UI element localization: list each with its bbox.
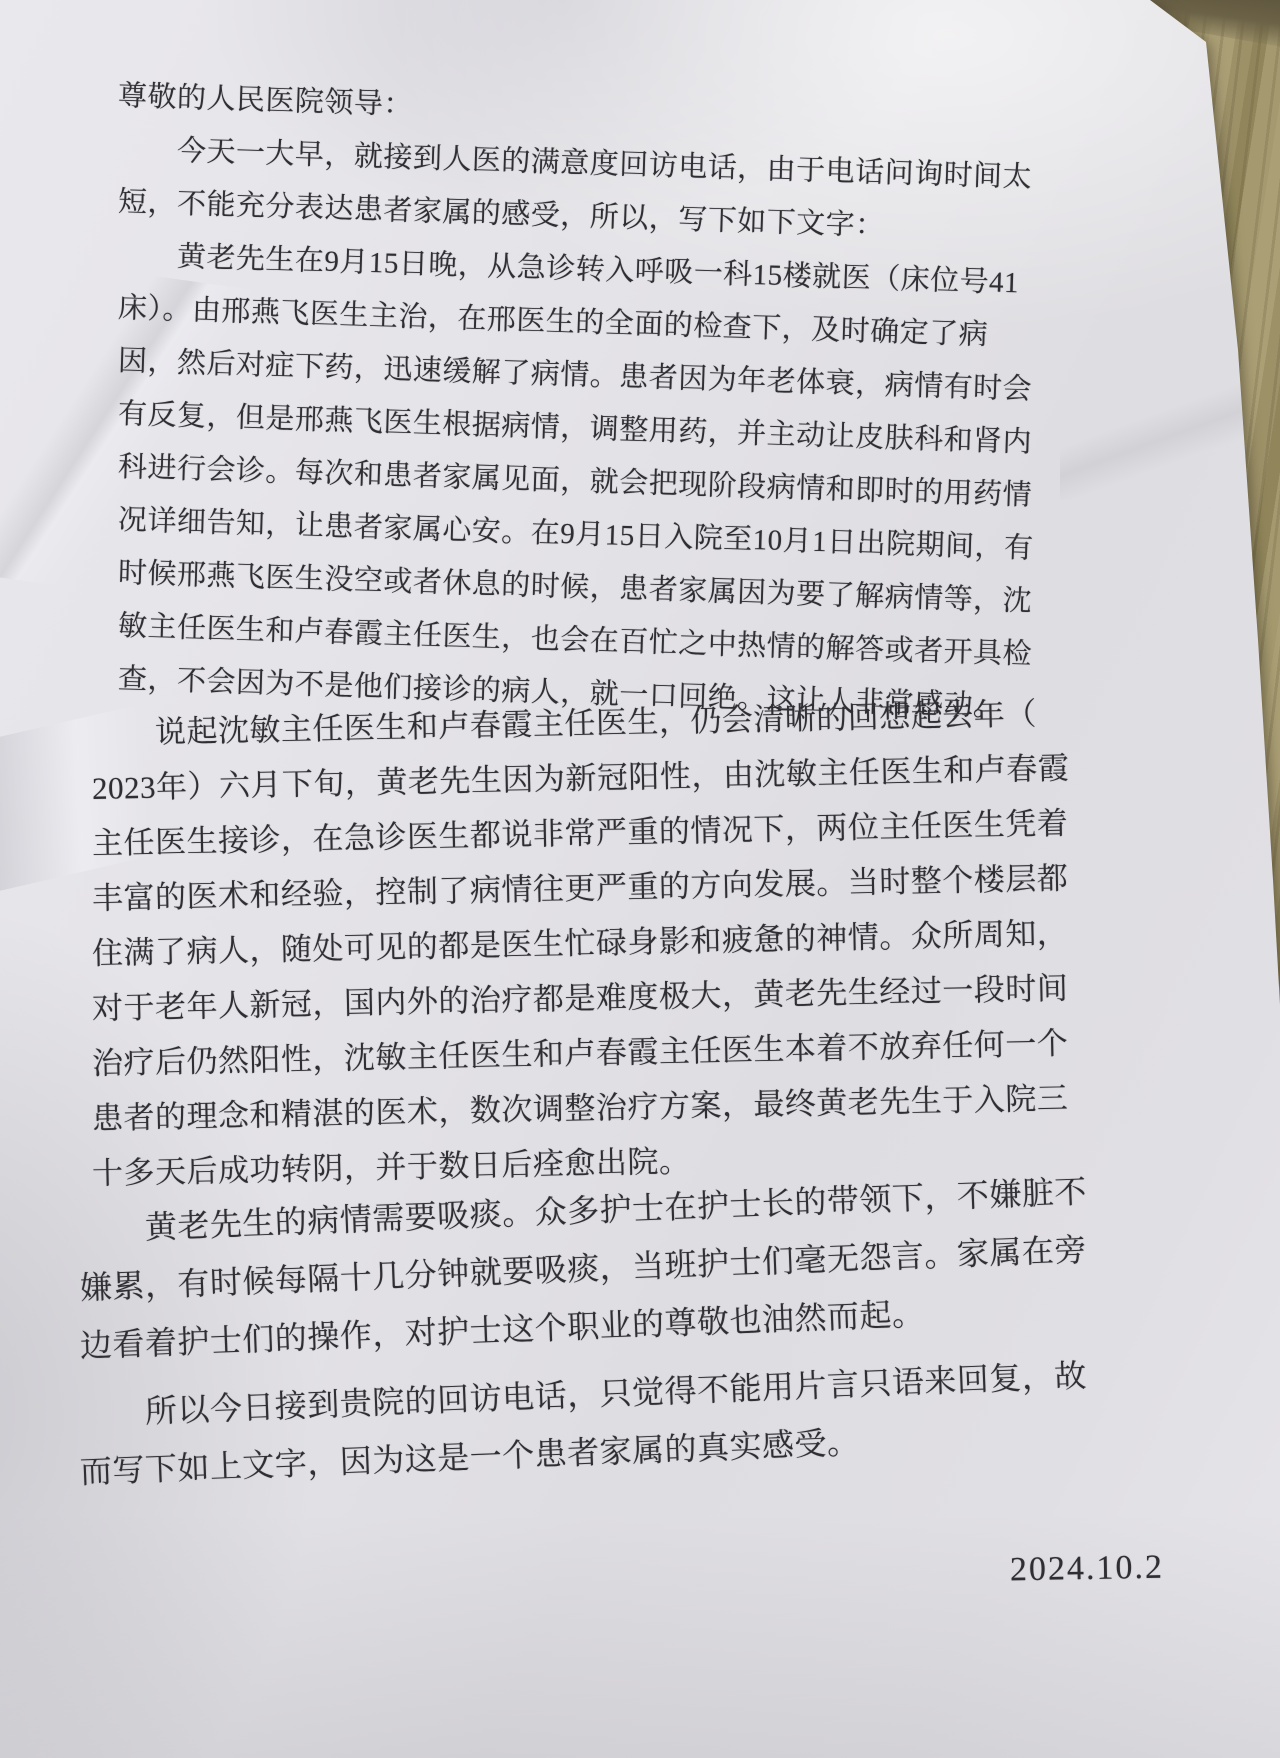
photo-of-letter: 尊敬的人民医院领导： 今天一大早，就接到人医的满意度回访电话，由于电话问询时间太… <box>0 0 1280 1758</box>
letter-body: 尊敬的人民医院领导： 今天一大早，就接到人医的满意度回访电话，由于电话问询时间太… <box>92 70 1088 1501</box>
paper-shadow-wrap: 尊敬的人民医院领导： 今天一大早，就接到人医的满意度回访电话，由于电话问询时间太… <box>0 0 1280 1758</box>
paper-crease <box>1060 380 1260 500</box>
letter-paper: 尊敬的人民医院领导： 今天一大早，就接到人医的满意度回访电话，由于电话问询时间太… <box>0 0 1280 1758</box>
letter-date: 2024.10.2 <box>1010 1549 1165 1590</box>
